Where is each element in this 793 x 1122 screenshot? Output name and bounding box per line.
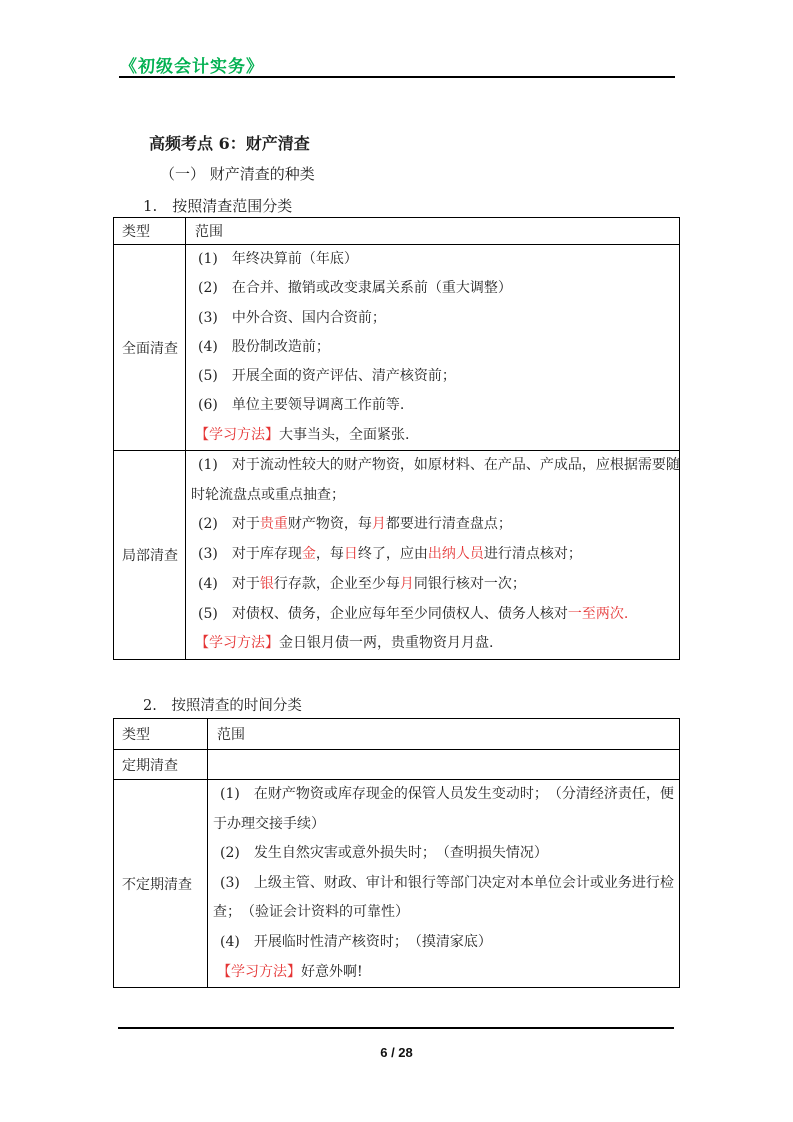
table-text-line: (1) 年终决算前（年底）	[190, 245, 675, 274]
header-rule	[119, 76, 675, 78]
table-row: 局部清查 (1) 对于流动性较大的财产物资，如原材料、在产品、产成品，应根据需要…	[114, 450, 679, 659]
table-text-line: (1) 对于流动性较大的财产物资，如原材料、在产品、产成品，应根据需要随	[190, 451, 675, 481]
table-row: 不定期清查 (1) 在财产物资或库存现金的保管人员发生变动时； （分清经济责任，…	[114, 779, 679, 987]
table-text-line: (2) 在合并、撤销或改变隶属关系前（重大调整）	[190, 274, 675, 303]
table-text-line: (2) 对于贵重财产物资，每月都要进行清查盘点；	[190, 510, 675, 540]
table-row: 全面清查 (1) 年终决算前（年底）(2) 在合并、撤销或改变隶属关系前（重大调…	[114, 244, 679, 450]
page-number: 6 / 28	[0, 1045, 793, 1060]
column-header-type: 类型	[114, 719, 208, 749]
row-label-partial-check: 局部清查	[114, 451, 186, 659]
highlighted-text: 日	[344, 546, 358, 562]
text-segment: (6) 单位主要领导调离工作前等.	[198, 397, 404, 413]
text-segment: (5) 开展全面的资产评估、清产核资前；	[198, 368, 456, 384]
text-segment: 于办理交接手续）	[213, 816, 325, 832]
table-text-line: (2) 发生自然灾害或意外损失时； （查明损失情况）	[212, 839, 675, 869]
text-segment: (3) 对于库存现	[198, 546, 302, 562]
highlighted-text: 【学习方法】	[217, 964, 301, 980]
text-segment: 同银行核对一次；	[414, 576, 526, 592]
text-segment: (2) 对于	[198, 516, 260, 532]
table-text-line: 【学习方法】大事当头，全面紧张.	[190, 421, 675, 450]
text-segment: 时轮流盘点或重点抽查；	[191, 487, 345, 503]
text-segment: (1) 年终决算前（年底）	[198, 251, 358, 267]
table-text-line: (3) 上级主管、财政、审计和银行等部门决定对本单位会计或业务进行检	[212, 869, 675, 899]
subsection-heading-scope: 1. 按照清查范围分类	[143, 195, 292, 216]
document-page: 《初级会计实务》 高频考点 6：财产清查 （一） 财产清查的种类 1. 按照清查…	[0, 0, 793, 1122]
text-segment: (1) 对于流动性较大的财产物资，如原材料、在产品、产成品，应根据需要随	[198, 457, 679, 473]
table-text-line: 查； （验证会计资料的可靠性）	[212, 898, 675, 928]
highlighted-text: 【学习方法】	[195, 635, 279, 651]
highlighted-text: 银	[260, 576, 274, 592]
section-heading: （一） 财产清查的种类	[160, 163, 315, 184]
text-segment: 查； （验证会计资料的可靠性）	[213, 904, 409, 920]
text-segment: ，每	[316, 546, 344, 562]
row-label-aperiodic-check: 不定期清查	[114, 780, 208, 987]
booklet-title: 《初级会计实务》	[120, 52, 264, 77]
table-text-line: (3) 中外合资、国内合资前；	[190, 304, 675, 333]
highlighted-text: 月	[400, 576, 414, 592]
table-text-line: (1) 在财产物资或库存现金的保管人员发生变动时； （分清经济责任，便	[212, 780, 675, 810]
table-text-line: (4) 开展临时性清产核资时； （摸清家底）	[212, 928, 675, 958]
text-segment: 行存款，企业至少每	[274, 576, 400, 592]
text-segment: 进行清点核对；	[484, 546, 582, 562]
table-text-line: (4) 股份制改造前；	[190, 333, 675, 362]
row-label-full-check: 全面清查	[114, 245, 186, 450]
column-header-range: 范围	[208, 719, 679, 749]
table-header-row: 类型 范围	[114, 719, 679, 749]
highlighted-text: 出纳人员	[428, 546, 484, 562]
footer-rule	[118, 1027, 674, 1029]
row-label-periodic-check: 定期清查	[114, 750, 208, 779]
subsection-heading-time: 2. 按照清查的时间分类	[143, 694, 302, 715]
text-segment: 金日银月债一两，贵重物资月月盘.	[279, 635, 493, 651]
table-text-line: (6) 单位主要领导调离工作前等.	[190, 391, 675, 420]
table-row: 定期清查	[114, 749, 679, 779]
table-text-line: 于办理交接手续）	[212, 810, 675, 840]
text-segment: 终了，应由	[358, 546, 428, 562]
table-text-line: 【学习方法】金日银月债一两，贵重物资月月盘.	[190, 629, 675, 659]
column-header-type: 类型	[114, 218, 186, 244]
highlighted-text: 一至两次.	[568, 606, 628, 622]
text-segment: (3) 上级主管、财政、审计和银行等部门决定对本单位会计或业务进行检	[220, 875, 674, 891]
row-content-aperiodic-check: (1) 在财产物资或库存现金的保管人员发生变动时； （分清经济责任，便于办理交接…	[208, 780, 679, 987]
highlighted-text: 月	[372, 516, 386, 532]
text-segment: 好意外啊!	[301, 964, 363, 980]
text-segment: (5) 对债权、债务，企业应每年至少同债权人、债务人核对	[198, 606, 568, 622]
text-segment: 都要进行清查盘点；	[386, 516, 512, 532]
text-segment: (2) 发生自然灾害或意外损失时； （查明损失情况）	[220, 845, 548, 861]
row-content-partial-check: (1) 对于流动性较大的财产物资，如原材料、在产品、产成品，应根据需要随时轮流盘…	[186, 451, 679, 659]
table-text-line: (4) 对于银行存款，企业至少每月同银行核对一次；	[190, 570, 675, 600]
scope-classification-table: 类型 范围 全面清查 (1) 年终决算前（年底）(2) 在合并、撤销或改变隶属关…	[113, 217, 680, 660]
topic-heading: 高频考点 6：财产清查	[149, 131, 310, 154]
table-text-line: (5) 对债权、债务，企业应每年至少同债权人、债务人核对一至两次.	[190, 600, 675, 630]
text-segment: 财产物资，每	[288, 516, 372, 532]
highlighted-text: 【学习方法】	[195, 427, 279, 443]
text-segment: (4) 股份制改造前；	[198, 339, 330, 355]
table-header-row: 类型 范围	[114, 218, 679, 244]
text-segment: (1) 在财产物资或库存现金的保管人员发生变动时； （分清经济责任，便	[220, 786, 674, 802]
text-segment: (3) 中外合资、国内合资前；	[198, 310, 386, 326]
table-text-line: (5) 开展全面的资产评估、清产核资前；	[190, 362, 675, 391]
table-text-line: (3) 对于库存现金，每日终了，应由出纳人员进行清点核对；	[190, 540, 675, 570]
column-header-range: 范围	[186, 218, 679, 244]
highlighted-text: 贵重	[260, 516, 288, 532]
text-segment: (2) 在合并、撤销或改变隶属关系前（重大调整）	[198, 280, 512, 296]
time-classification-table: 类型 范围 定期清查 不定期清查 (1) 在财产物资或库存现金的保管人员发生变动…	[113, 718, 680, 988]
text-segment: 大事当头，全面紧张.	[279, 427, 409, 443]
text-segment: (4) 对于	[198, 576, 260, 592]
text-segment: (4) 开展临时性清产核资时； （摸清家底）	[220, 934, 492, 950]
row-content-periodic-check	[208, 750, 679, 779]
table-text-line: 时轮流盘点或重点抽查；	[190, 481, 675, 511]
row-content-full-check: (1) 年终决算前（年底）(2) 在合并、撤销或改变隶属关系前（重大调整）(3)…	[186, 245, 679, 450]
highlighted-text: 金	[302, 546, 316, 562]
table-text-line: 【学习方法】好意外啊!	[212, 958, 675, 987]
